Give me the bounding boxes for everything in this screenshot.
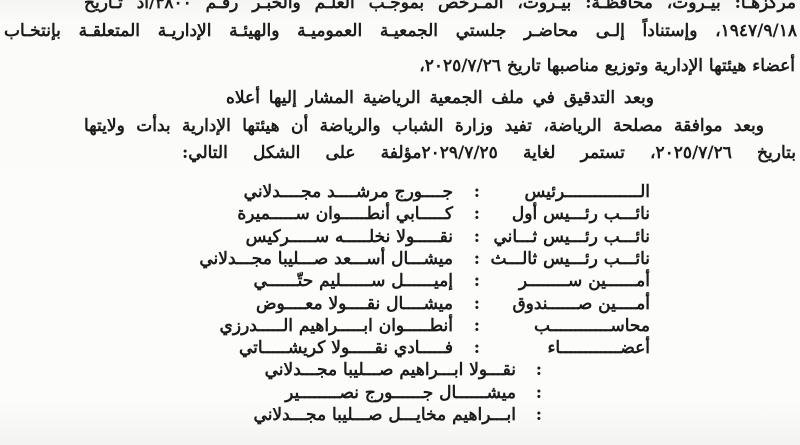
member-name: جــــورج مرشــــد مجــــدلاني [244, 182, 453, 202]
board-roster: الـــــــــــــــرئيس:جــــورج مرشــــد … [0, 182, 650, 437]
colon-separator: : [536, 405, 542, 425]
colon-separator: : [474, 182, 480, 202]
member-name: ميشـــال أســـعد صـــليبا مجـــدلاني [199, 249, 453, 269]
colon-separator: : [474, 316, 480, 336]
role-label: الـــــــــــــــرئيس [524, 182, 650, 202]
paragraph-line-2: ١٩٤٧/٩/١٨، وإستناداً إلـى محاضـر جلستي ا… [4, 20, 797, 43]
roster-row: نائـــب رئـــيس أول:كـــــابي أنطـــــوا… [0, 204, 650, 226]
roster-row: :ابـــراهيم مخايـــل صـــليبا مجـــدلاني [0, 405, 650, 427]
roster-row: محاســــــــــــب:أنطـــــوان ابـــــراه… [0, 316, 650, 338]
member-name: نقـــــولا نخلـــــه ســـــركيس [246, 227, 453, 247]
roster-row: :نقـــولا ابـــراهيم صـــليبا مجـــدلاني [0, 360, 650, 382]
paragraph-line-3: أعضاء هيئتها الإدارية وتوزيع مناصبها تار… [419, 55, 795, 78]
member-name: نقـــولا ابـــراهيم صـــليبا مجـــدلاني [265, 360, 516, 380]
colon-separator: : [474, 271, 480, 291]
member-name: ميشــــال نقــــولا معــــوض [256, 294, 453, 314]
member-name: فـــــادي نقـــــولا كريشـــــاتي [239, 338, 453, 358]
role-label: أعضــــــــــــاء [547, 338, 650, 358]
paragraph-line-1: مركزهـا: بيـروت، محافظـة: بيـروت، المـرخ… [84, 0, 796, 15]
role-label: محاســــــــــــب [534, 316, 650, 336]
paragraph-line-5: وبعد موافقة مصلحة الرياضة، تفيد وزارة ال… [84, 115, 764, 138]
member-name: أنطـــــوان ابـــــراهيم الـــــدرزي [220, 316, 453, 336]
colon-separator: : [474, 249, 480, 269]
role-label: أمــــين صــــــندوق [512, 294, 650, 314]
roster-row: :ميشــــــال جــــــورج نصــــــــير [0, 383, 650, 405]
member-name: إميــــــل ســــــليم حتّــــــي [254, 271, 453, 291]
colon-separator: : [536, 383, 542, 403]
roster-row: نائـــب رئـــيس ثالـــث:ميشـــال أســـعد… [0, 249, 650, 271]
paragraph-line-4: وبعد التدقيق في ملف الجمعية الرياضية الم… [226, 87, 654, 110]
roster-row: أمــــــين ســــــــر:إميــــــل ســــــ… [0, 271, 650, 293]
member-name: كـــــابي أنطـــــوان ســـــميرة [237, 204, 453, 224]
colon-separator: : [474, 204, 480, 224]
colon-separator: : [536, 360, 542, 380]
member-name: ميشــــــال جــــــورج نصــــــــير [285, 383, 516, 403]
colon-separator: : [474, 294, 480, 314]
roster-row: نائـــب رئـــيس ثـــاني:نقـــــولا نخلــ… [0, 227, 650, 249]
colon-separator: : [474, 338, 480, 358]
paragraph-line-6: بتاريخ ٢٠٢٥/٧/٢٦، تستمر لغاية ٢٠٢٩/٧/٢٥م… [182, 142, 796, 165]
role-label: نائـــب رئـــيس ثالـــث [490, 249, 650, 269]
role-label: نائـــب رئـــيس أول [512, 204, 650, 224]
roster-row: أعضــــــــــــاء:فـــــادي نقـــــولا ك… [0, 338, 650, 360]
member-name: ابـــراهيم مخايـــل صـــليبا مجـــدلاني [254, 405, 516, 425]
roster-row: أمــــين صــــــندوق:ميشــــال نقــــولا… [0, 294, 650, 316]
role-label: أمــــــين ســــــــر [519, 271, 650, 291]
role-label: نائـــب رئـــيس ثـــاني [493, 227, 650, 247]
colon-separator: : [474, 227, 480, 247]
scanned-document-page: مركزهـا: بيـروت، محافظـة: بيـروت، المـرخ… [0, 0, 800, 445]
roster-row: الـــــــــــــــرئيس:جــــورج مرشــــد … [0, 182, 650, 204]
